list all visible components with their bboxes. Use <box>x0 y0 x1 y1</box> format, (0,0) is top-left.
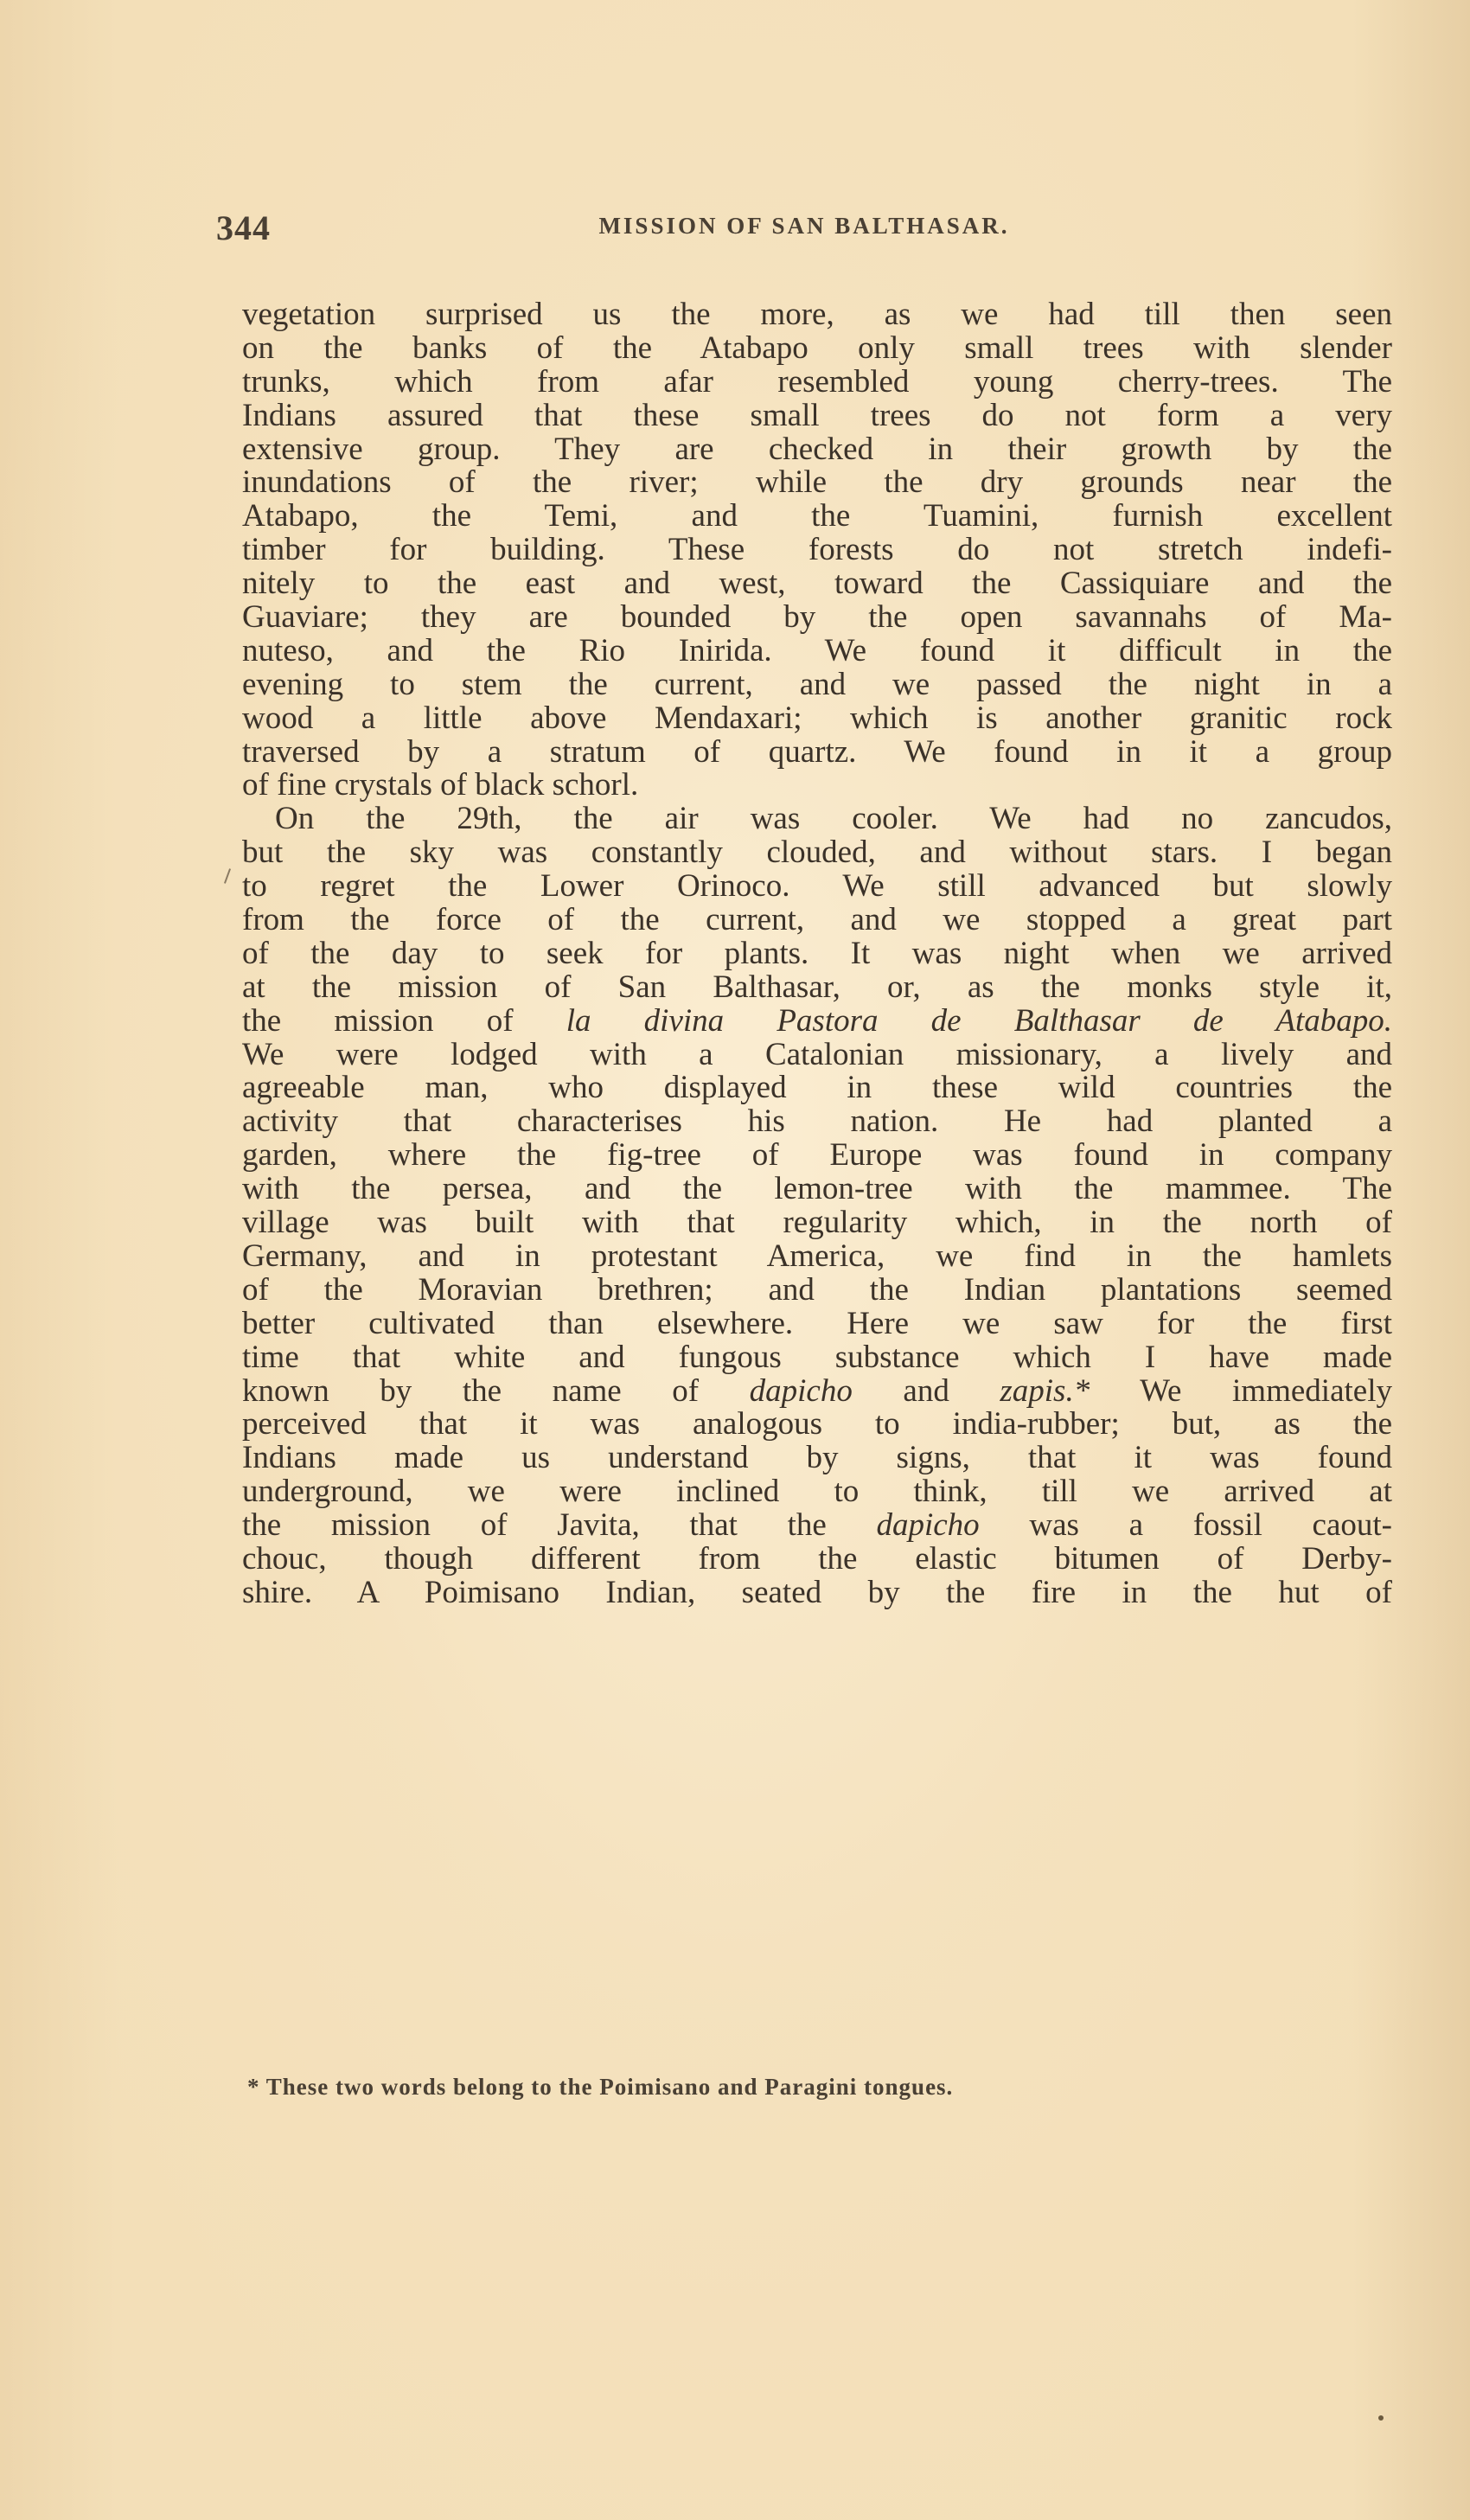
text-line: shire. A Poimisano Indian, seated by the… <box>242 1577 1392 1610</box>
text-line-with-italic: the mission of Javita, that the dapicho … <box>242 1509 1392 1543</box>
text-line: at the mission of San Balthasar, or, as … <box>242 971 1392 1005</box>
text-line-with-italic: known by the name of dapicho and zapis.*… <box>242 1375 1392 1409</box>
text-line: garden, where the fig-tree of Europe was… <box>242 1139 1392 1173</box>
text-line-with-italic: the mission of la divina Pastora de Balt… <box>242 1005 1392 1039</box>
text-line: traversed by a stratum of quartz. We fou… <box>242 736 1392 770</box>
body-text: vegetation surprised us the more, as we … <box>242 298 1392 1610</box>
roman-text: known by the name of <box>242 1373 750 1409</box>
footnote-reference: zapis.* <box>1000 1373 1090 1409</box>
text-line: We were lodged with a Catalonian mission… <box>242 1039 1392 1072</box>
text-line: from the force of the current, and we st… <box>242 904 1392 937</box>
ink-spot <box>1378 2415 1384 2421</box>
italic-text: dapicho <box>750 1373 853 1409</box>
roman-text: We immediately <box>1090 1373 1392 1409</box>
book-page: 344 MISSION OF SAN BALTHASAR. vegetation… <box>0 0 1470 2520</box>
text-line: time that white and fungous substance wh… <box>242 1341 1392 1375</box>
text-line: better cultivated than elsewhere. Here w… <box>242 1308 1392 1341</box>
roman-text: was a fossil caout- <box>980 1507 1392 1543</box>
text-line: trunks, which from afar resembled young … <box>242 366 1392 400</box>
text-line: Germany, and in protestant America, we f… <box>242 1240 1392 1274</box>
text-line: Indians made us understand by signs, tha… <box>242 1442 1392 1475</box>
text-line: to regret the Lower Orinoco. We still ad… <box>242 870 1392 904</box>
italic-text: la divina Pastora de Balthasar de Atabap… <box>566 1003 1392 1039</box>
text-line: activity that characterises his nation. … <box>242 1105 1392 1139</box>
text-line: wood a little above Mendaxari; which is … <box>242 702 1392 736</box>
text-line: village was built with that regularity w… <box>242 1206 1392 1240</box>
text-line: on the banks of the Atabapo only small t… <box>242 332 1392 366</box>
footnote: * These two words belong to the Poimisan… <box>247 2074 1392 2101</box>
roman-text: the mission of Javita, that the <box>242 1507 876 1543</box>
text-line: evening to stem the current, and we pass… <box>242 668 1392 702</box>
paragraph-start-line: On the 29th, the air was cooler. We had … <box>242 803 1392 836</box>
text-line: nuteso, and the Rio Inirida. We found it… <box>242 635 1392 668</box>
paragraph-end-line: of fine crystals of black schorl. <box>242 769 1392 803</box>
text-line: chouc, though different from the elastic… <box>242 1543 1392 1577</box>
text-line: agreeable man, who displayed in these wi… <box>242 1071 1392 1105</box>
roman-text: the mission of <box>242 1003 566 1039</box>
text-line: underground, we were inclined to think, … <box>242 1475 1392 1509</box>
text-line: but the sky was constantly clouded, and … <box>242 836 1392 870</box>
pencil-mark <box>224 868 231 884</box>
text-line: of the Moravian brethren; and the Indian… <box>242 1274 1392 1308</box>
text-line: perceived that it was analogous to india… <box>242 1408 1392 1442</box>
text-line: Guaviare; they are bounded by the open s… <box>242 601 1392 635</box>
roman-text: and <box>853 1373 1000 1409</box>
text-line: of the day to seek for plants. It was ni… <box>242 937 1392 971</box>
text-line: extensive group. They are checked in the… <box>242 433 1392 467</box>
italic-text: dapicho <box>876 1507 979 1543</box>
text-line: inundations of the river; while the dry … <box>242 466 1392 500</box>
text-line: nitely to the east and west, toward the … <box>242 567 1392 601</box>
text-line: Atabapo, the Temi, and the Tuamini, furn… <box>242 500 1392 534</box>
running-title: MISSION OF SAN BALTHASAR. <box>216 213 1392 240</box>
text-line: Indians assured that these small trees d… <box>242 400 1392 433</box>
text-line: timber for building. These forests do no… <box>242 534 1392 567</box>
running-head: 344 MISSION OF SAN BALTHASAR. <box>216 208 1392 251</box>
text-line: vegetation surprised us the more, as we … <box>242 298 1392 332</box>
text-line: with the persea, and the lemon-tree with… <box>242 1173 1392 1206</box>
